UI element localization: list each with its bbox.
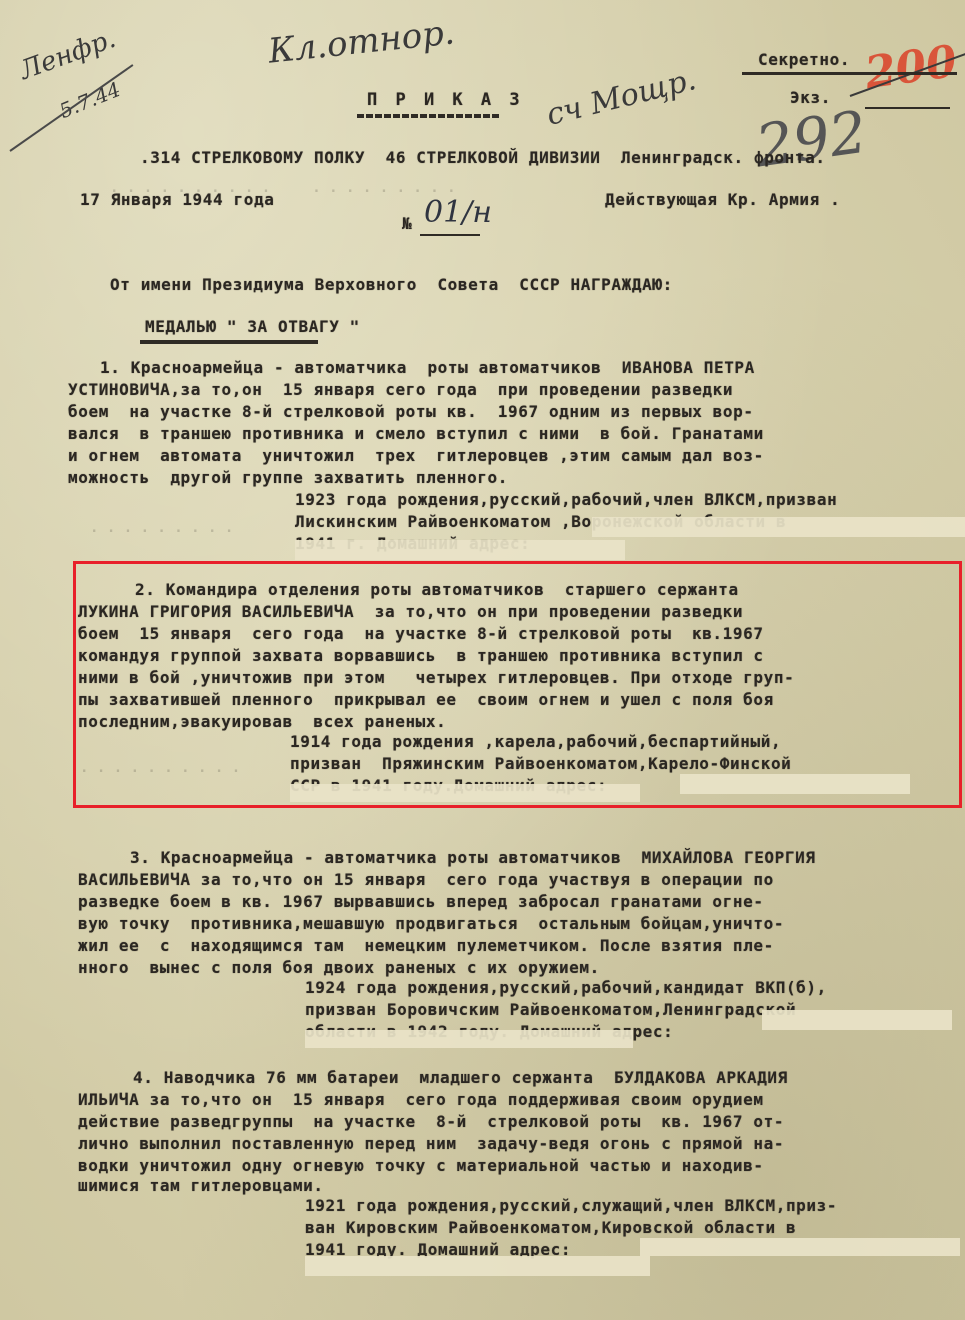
entry-line: нного вынес с поля боя двоих раненых с и…	[78, 958, 600, 977]
bleed-through-text: . . . . . . . . .	[90, 520, 233, 536]
entry-bio-line: 1924 года рождения,русский,рабочий,канди…	[305, 978, 827, 997]
entry-line: вую точку противника,мешавшую продвигать…	[78, 914, 784, 933]
classification-underline	[742, 72, 957, 75]
entry-line: пы захватившей пленного прикрывал ее сво…	[78, 690, 774, 709]
order-date: 17 Января 1944 года	[80, 190, 274, 209]
entry-line: вался в траншею противника и смело вступ…	[68, 424, 764, 443]
preamble-text: От имени Президиума Верховного Совета СС…	[110, 275, 673, 294]
medal-underline	[140, 340, 318, 344]
entry-line: 3. Красноармейца - автоматчика роты авто…	[130, 848, 816, 867]
entry-line: боем 15 января сего года на участке 8-й …	[78, 624, 764, 643]
entry-line: ними в бой ,уничтожив при этом четырех г…	[78, 668, 794, 687]
redacted-address	[290, 784, 640, 802]
redacted-address	[640, 1238, 960, 1256]
handwritten-number-292: 292	[752, 98, 871, 181]
entry-bio-line: 1921 года рождения,русский,служащий,член…	[305, 1196, 837, 1215]
entry-line: ЛУКИНА ГРИГОРИЯ ВАСИЛЬЕВИЧА за то,что он…	[78, 602, 743, 621]
entry-line: действие разведгруппы на участке 8-й стр…	[78, 1112, 784, 1131]
entry-line: водки уничтожил одну огневую точку с мат…	[78, 1156, 764, 1175]
order-number-label: №	[402, 214, 412, 233]
entry-line: 4. Наводчика 76 мм батареи младшего серж…	[133, 1068, 788, 1087]
entry-line: боем на участке 8-й стрелковой роты кв. …	[68, 402, 754, 421]
order-location: Действующая Кр. Армия .	[605, 190, 840, 209]
entry-bio-line: 1923 года рождения,русский,рабочий,член …	[295, 490, 837, 509]
entry-line: 2. Командира отделения роты автоматчиков…	[135, 580, 739, 599]
order-number: 01/н	[424, 195, 492, 230]
red-pencil-number: 200	[862, 36, 960, 99]
handwritten-note-top: Кл.отнор.	[266, 12, 456, 71]
entry-line: разведке боем в кв. 1967 вырвавшись впер…	[78, 892, 764, 911]
archival-document-page: . . . . . . . . . . . . . . . . . . . . …	[0, 0, 965, 1320]
entry-line: ИЛЬИЧА за то,что он 15 января сего года …	[78, 1090, 764, 1109]
entry-line: можность другой группе захватить пленног…	[68, 468, 508, 487]
entry-line: лично выполнил поставленную перед ним за…	[78, 1134, 784, 1153]
handwritten-note-date: 5.7.44	[56, 77, 124, 123]
entry-line: шимися там гитлеровцами.	[78, 1176, 324, 1195]
entry-line: ВАСИЛЬЕВИЧА за то,что он 15 января сего …	[78, 870, 774, 889]
entry-line: жил ее с находящимся там немецким пулеме…	[78, 936, 774, 955]
entry-line: последним,эвакуировав всех раненых.	[78, 712, 446, 731]
handwritten-note-signature: сч Мощр.	[543, 62, 699, 133]
redacted-address	[305, 1256, 650, 1276]
entry-bio-line: 1914 года рождения ,карела,рабочий,беспа…	[290, 732, 781, 751]
entry-line: УСТИНОВИЧА,за то,он 15 января сего года …	[68, 380, 733, 399]
redacted-address	[592, 517, 965, 537]
redacted-address	[680, 774, 910, 794]
redacted-address	[305, 1030, 633, 1048]
redacted-address	[295, 540, 625, 560]
entry-line: командуя группой захвата ворвавшись в тр…	[78, 646, 764, 665]
copy-underline	[865, 107, 950, 109]
entry-bio-line: призван Боровичским Райвоенкоматом,Ленин…	[305, 1000, 796, 1019]
document-title: П Р И К А З	[367, 90, 524, 110]
classification-label: Секретно.	[758, 50, 850, 69]
entry-line: и огнем автомата уничтожил трех гитлеров…	[68, 446, 764, 465]
entry-line: 1. Красноармейца - автоматчика роты авто…	[100, 358, 755, 377]
redacted-address	[762, 1010, 952, 1030]
medal-name: МЕДАЛЬЮ " ЗА ОТВАГУ "	[145, 317, 360, 336]
entry-bio-line: ван Кировским Райвоенкоматом,Кировской о…	[305, 1218, 796, 1237]
handwritten-note-leningrad-front: Ленфр.	[16, 24, 120, 86]
entry-bio-line: призван Пряжинским Райвоенкоматом,Карело…	[290, 754, 791, 773]
order-number-underline	[420, 234, 480, 236]
addressee-line: .314 СТРЕЛКОВОМУ ПОЛКУ 46 СТРЕЛКОВОЙ ДИВ…	[140, 148, 826, 167]
copy-label: Экз.	[790, 88, 831, 107]
title-underline	[357, 114, 499, 118]
